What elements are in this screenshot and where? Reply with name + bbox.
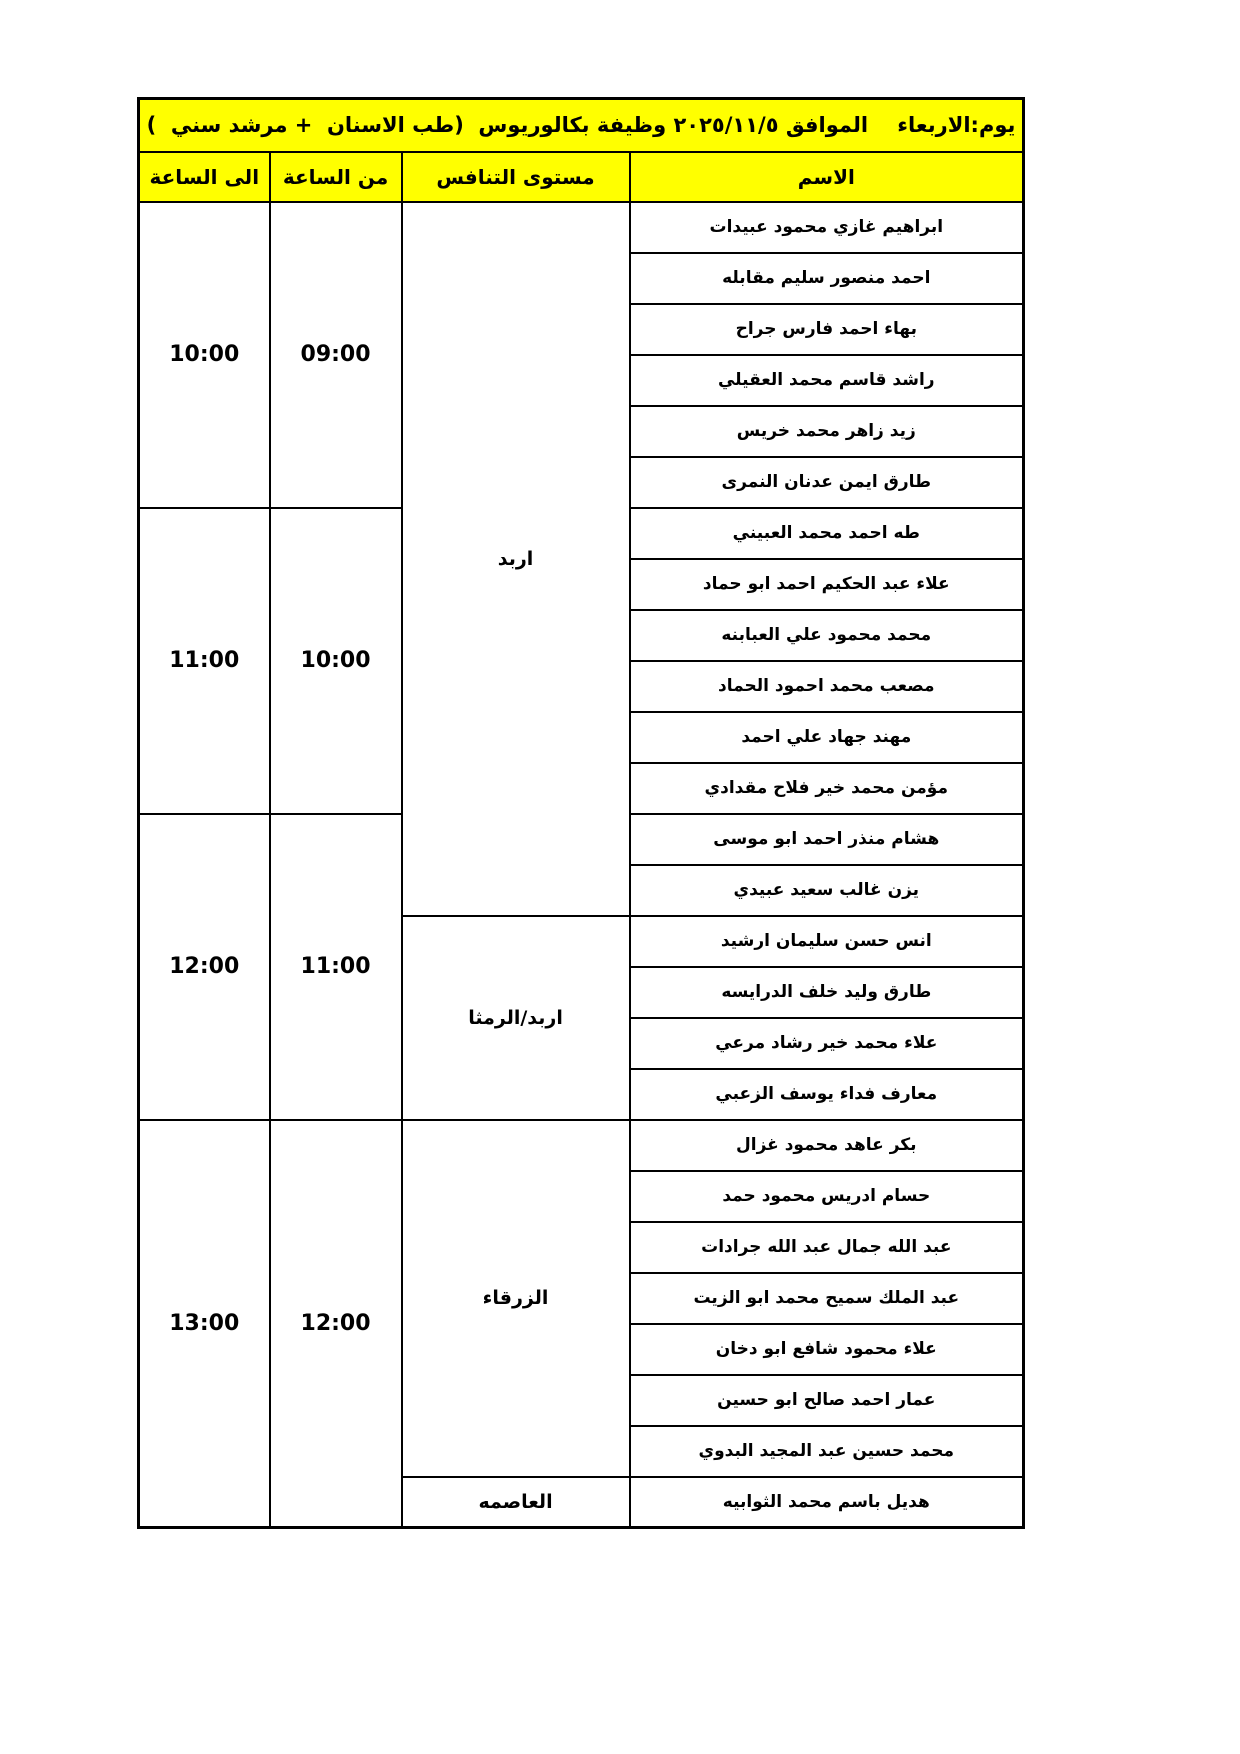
time-to-cell: 10:00 bbox=[139, 202, 270, 508]
time-to-cell: 13:00 bbox=[139, 1120, 270, 1528]
page-root: يوم:الاربعاء الموافق ٢٠٢٥/١١/٥ وظيفة بكا… bbox=[0, 0, 1240, 1754]
table-row: ابراهيم غازي محمود عبيدات اربد 09:00 10:… bbox=[139, 202, 1024, 253]
name-cell: علاء محمد خير رشاد مرعي bbox=[630, 1018, 1024, 1069]
time-to-cell: 11:00 bbox=[139, 508, 270, 814]
name-cell: هديل باسم محمد الثوابيه bbox=[630, 1477, 1024, 1528]
header-name: الاسم bbox=[630, 152, 1024, 202]
schedule-table: يوم:الاربعاء الموافق ٢٠٢٥/١١/٥ وظيفة بكا… bbox=[137, 97, 1025, 1529]
page-title: يوم:الاربعاء الموافق ٢٠٢٥/١١/٥ وظيفة بكا… bbox=[139, 99, 1024, 152]
name-cell: انس حسن سليمان ارشيد bbox=[630, 916, 1024, 967]
name-cell: علاء عبد الحكيم احمد ابو حماد bbox=[630, 559, 1024, 610]
header-to: الى الساعة bbox=[139, 152, 270, 202]
time-from-cell: 11:00 bbox=[270, 814, 402, 1120]
level-cell: العاصمه bbox=[402, 1477, 630, 1528]
level-cell: اربد/الرمثا bbox=[402, 916, 630, 1120]
name-cell: عبد الله جمال عبد الله جرادات bbox=[630, 1222, 1024, 1273]
level-cell: الزرقاء bbox=[402, 1120, 630, 1477]
name-cell: محمد حسين عبد المجيد البدوي bbox=[630, 1426, 1024, 1477]
name-cell: طارق وليد خلف الدرايسه bbox=[630, 967, 1024, 1018]
name-cell: يزن غالب سعيد عبيدي bbox=[630, 865, 1024, 916]
name-cell: معارف فداء يوسف الزعبي bbox=[630, 1069, 1024, 1120]
name-cell: مؤمن محمد خير فلاح مقدادي bbox=[630, 763, 1024, 814]
name-cell: هشام منذر احمد ابو موسى bbox=[630, 814, 1024, 865]
name-cell: احمد منصور سليم مقابله bbox=[630, 253, 1024, 304]
name-cell: زيد زاهر محمد خريس bbox=[630, 406, 1024, 457]
time-to-cell: 12:00 bbox=[139, 814, 270, 1120]
header-level: مستوى التنافس bbox=[402, 152, 630, 202]
name-cell: بكر عاهد محمود غزال bbox=[630, 1120, 1024, 1171]
time-from-cell: 10:00 bbox=[270, 508, 402, 814]
table-row: بكر عاهد محمود غزال الزرقاء 12:00 13:00 bbox=[139, 1120, 1024, 1171]
title-row: يوم:الاربعاء الموافق ٢٠٢٥/١١/٥ وظيفة بكا… bbox=[139, 99, 1024, 152]
header-from: من الساعة bbox=[270, 152, 402, 202]
name-cell: عبد الملك سميح محمد ابو الزيت bbox=[630, 1273, 1024, 1324]
time-from-cell: 09:00 bbox=[270, 202, 402, 508]
name-cell: طارق ايمن عدنان النمرى bbox=[630, 457, 1024, 508]
name-cell: بهاء احمد فارس جراح bbox=[630, 304, 1024, 355]
name-cell: راشد قاسم محمد العقيلي bbox=[630, 355, 1024, 406]
name-cell: عمار احمد صالح ابو حسين bbox=[630, 1375, 1024, 1426]
name-cell: علاء محمود شافع ابو دخان bbox=[630, 1324, 1024, 1375]
header-row: الاسم مستوى التنافس من الساعة الى الساعة bbox=[139, 152, 1024, 202]
name-cell: مهند جهاد علي احمد bbox=[630, 712, 1024, 763]
name-cell: ابراهيم غازي محمود عبيدات bbox=[630, 202, 1024, 253]
time-from-cell: 12:00 bbox=[270, 1120, 402, 1528]
name-cell: مصعب محمد احمود الحماد bbox=[630, 661, 1024, 712]
name-cell: طه احمد محمد العبيني bbox=[630, 508, 1024, 559]
name-cell: حسام ادريس محمود حمد bbox=[630, 1171, 1024, 1222]
level-cell: اربد bbox=[402, 202, 630, 916]
name-cell: محمد محمود علي العبابنه bbox=[630, 610, 1024, 661]
